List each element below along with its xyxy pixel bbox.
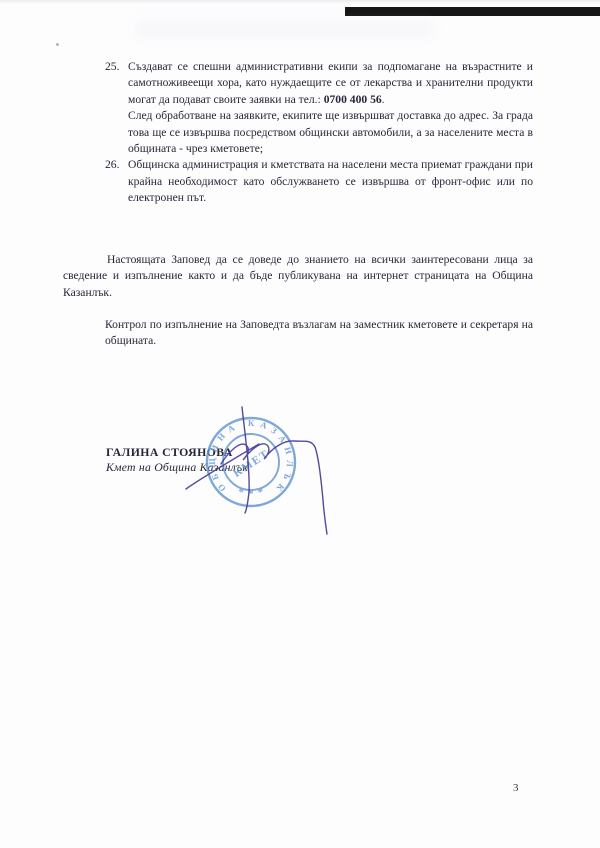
page-number: 3 bbox=[513, 780, 519, 796]
paper-speck bbox=[56, 43, 59, 46]
publication-paragraph: Настоящата Заповед да се доведе до знани… bbox=[63, 252, 533, 301]
stamp-stars: * * * bbox=[236, 486, 266, 500]
list-item-25-paragraph-1: Създават се спешни административни екипи… bbox=[128, 59, 533, 108]
page-bleed-through bbox=[135, 18, 435, 40]
hotline-phone-number: 0700 400 56 bbox=[324, 93, 382, 106]
scanner-artifact-bar bbox=[345, 7, 600, 16]
svg-text:* * *: * * * bbox=[236, 486, 266, 500]
paper-top-edge bbox=[0, 0, 600, 4]
list-item-25-text-end: . bbox=[382, 93, 385, 106]
control-paragraph: Контрол по изпълнение на Заповедта възла… bbox=[105, 317, 533, 350]
numbered-list: 25. Създават се спешни административни е… bbox=[105, 59, 533, 207]
signatory-name: ГАЛИНА СТОЯНОВА bbox=[106, 444, 366, 460]
list-item-26-number: 26. bbox=[105, 157, 128, 173]
list-item-26-body: Общинска администрация и кметствата на н… bbox=[128, 157, 533, 206]
list-item-26: 26. Общинска администрация и кметствата … bbox=[105, 157, 533, 206]
list-item-25-paragraph-2: След обработване на заявките, екипите ще… bbox=[128, 108, 533, 157]
list-item-25-body: Създават се спешни административни екипи… bbox=[128, 59, 533, 157]
signatory-title: Кмет на Община Казанлък bbox=[106, 459, 366, 475]
list-item-25-number: 25. bbox=[105, 59, 128, 75]
list-item-25: 25. Създават се спешни административни е… bbox=[105, 59, 533, 157]
